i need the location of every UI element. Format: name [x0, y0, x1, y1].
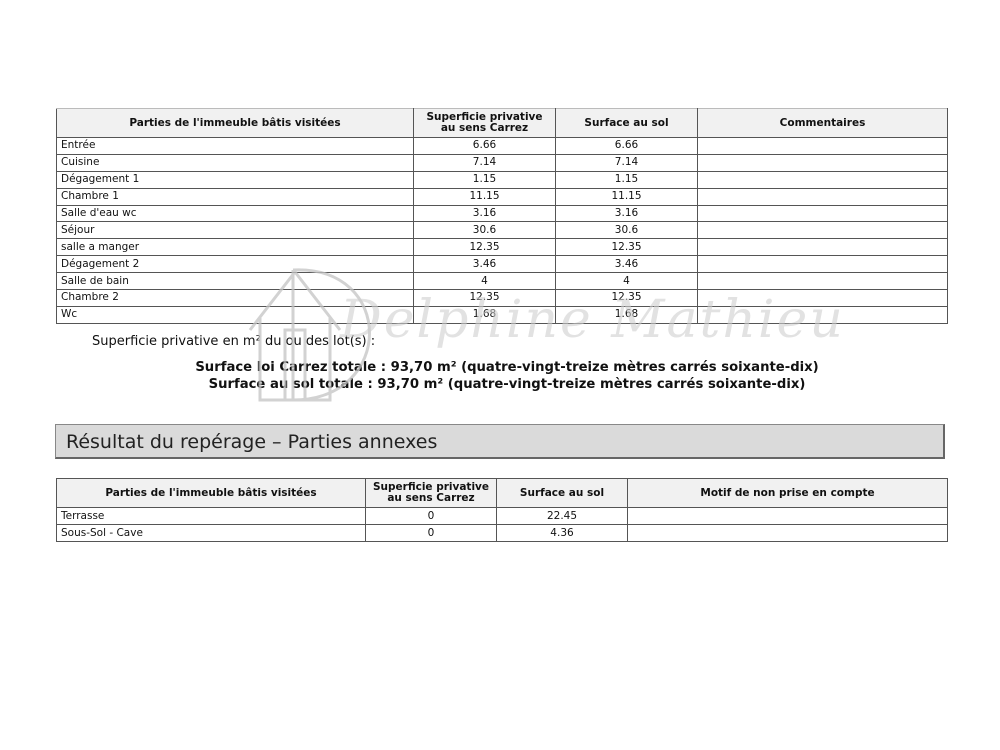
cell-comment [698, 273, 948, 290]
cell-comment [698, 256, 948, 273]
cell-comment [698, 154, 948, 171]
cell-sol: 12.35 [556, 290, 698, 307]
table-row: Salle d'eau wc3.163.16 [57, 205, 948, 222]
cell-room: salle a manger [57, 239, 414, 256]
header-motif: Motif de non prise en compte [628, 479, 948, 508]
header-carrez: Superficie privative au sens Carrez [366, 479, 497, 508]
table-row: Séjour30.630.6 [57, 222, 948, 239]
cell-room: Salle d'eau wc [57, 205, 414, 222]
cell-sol: 4 [556, 273, 698, 290]
cell-carrez: 6.66 [414, 138, 556, 155]
cell-comment [698, 138, 948, 155]
cell-room: Wc [57, 306, 414, 323]
table-row: Cuisine7.147.14 [57, 154, 948, 171]
cell-sol: 1.15 [556, 171, 698, 188]
cell-carrez: 4 [414, 273, 556, 290]
cell-carrez: 3.46 [414, 256, 556, 273]
cell-motif [628, 525, 948, 542]
header-sol: Surface au sol [556, 109, 698, 138]
cell-sol: 3.16 [556, 205, 698, 222]
cell-carrez: 11.15 [414, 188, 556, 205]
table-row: Salle de bain44 [57, 273, 948, 290]
cell-room: Chambre 1 [57, 188, 414, 205]
cell-room: Salle de bain [57, 273, 414, 290]
cell-comment [698, 188, 948, 205]
cell-carrez: 12.35 [414, 239, 556, 256]
total-carrez: Surface loi Carrez totale : 93,70 m² (qu… [0, 360, 1000, 375]
table-row: Wc1.681.68 [57, 306, 948, 323]
cell-comment [698, 239, 948, 256]
section-header-annexes: Résultat du repérage – Parties annexes [55, 424, 945, 459]
cell-sol: 11.15 [556, 188, 698, 205]
table-row: Entrée6.666.66 [57, 138, 948, 155]
cell-sol: 6.66 [556, 138, 698, 155]
cell-room: Terrasse [57, 508, 366, 525]
cell-sol: 30.6 [556, 222, 698, 239]
cell-carrez: 3.16 [414, 205, 556, 222]
cell-room: Cuisine [57, 154, 414, 171]
table-row: salle a manger12.3512.35 [57, 239, 948, 256]
carrez-table: Parties de l'immeuble bâtis visitées Sup… [56, 108, 948, 324]
cell-room: Sous-Sol - Cave [57, 525, 366, 542]
header-parties: Parties de l'immeuble bâtis visitées [57, 109, 414, 138]
cell-room: Chambre 2 [57, 290, 414, 307]
cell-comment [698, 290, 948, 307]
header-parties: Parties de l'immeuble bâtis visitées [57, 479, 366, 508]
table-row: Dégagement 11.151.15 [57, 171, 948, 188]
cell-comment [698, 205, 948, 222]
cell-room: Entrée [57, 138, 414, 155]
cell-sol: 12.35 [556, 239, 698, 256]
annex-table: Parties de l'immeuble bâtis visitées Sup… [56, 478, 948, 542]
cell-room: Séjour [57, 222, 414, 239]
cell-carrez: 1.68 [414, 306, 556, 323]
summary-label: Superficie privative en m² du ou des lot… [92, 334, 375, 349]
section-title: Résultat du repérage – Parties annexes [66, 431, 437, 453]
total-sol: Surface au sol totale : 93,70 m² (quatre… [0, 377, 1000, 392]
cell-carrez: 0 [366, 508, 497, 525]
table-row: Terrasse022.45 [57, 508, 948, 525]
cell-motif [628, 508, 948, 525]
cell-sol: 4.36 [497, 525, 628, 542]
cell-sol: 1.68 [556, 306, 698, 323]
cell-comment [698, 222, 948, 239]
cell-carrez: 12.35 [414, 290, 556, 307]
header-sol: Surface au sol [497, 479, 628, 508]
cell-room: Dégagement 2 [57, 256, 414, 273]
cell-carrez: 7.14 [414, 154, 556, 171]
cell-carrez: 30.6 [414, 222, 556, 239]
cell-carrez: 1.15 [414, 171, 556, 188]
table-row: Sous-Sol - Cave04.36 [57, 525, 948, 542]
cell-sol: 22.45 [497, 508, 628, 525]
header-commentaires: Commentaires [698, 109, 948, 138]
header-carrez: Superficie privative au sens Carrez [414, 109, 556, 138]
cell-sol: 3.46 [556, 256, 698, 273]
table-row: Chambre 111.1511.15 [57, 188, 948, 205]
cell-comment [698, 306, 948, 323]
table-header-row: Parties de l'immeuble bâtis visitées Sup… [57, 479, 948, 508]
cell-comment [698, 171, 948, 188]
table-row: Dégagement 23.463.46 [57, 256, 948, 273]
cell-carrez: 0 [366, 525, 497, 542]
cell-room: Dégagement 1 [57, 171, 414, 188]
table-row: Chambre 212.3512.35 [57, 290, 948, 307]
table-header-row: Parties de l'immeuble bâtis visitées Sup… [57, 109, 948, 138]
cell-sol: 7.14 [556, 154, 698, 171]
